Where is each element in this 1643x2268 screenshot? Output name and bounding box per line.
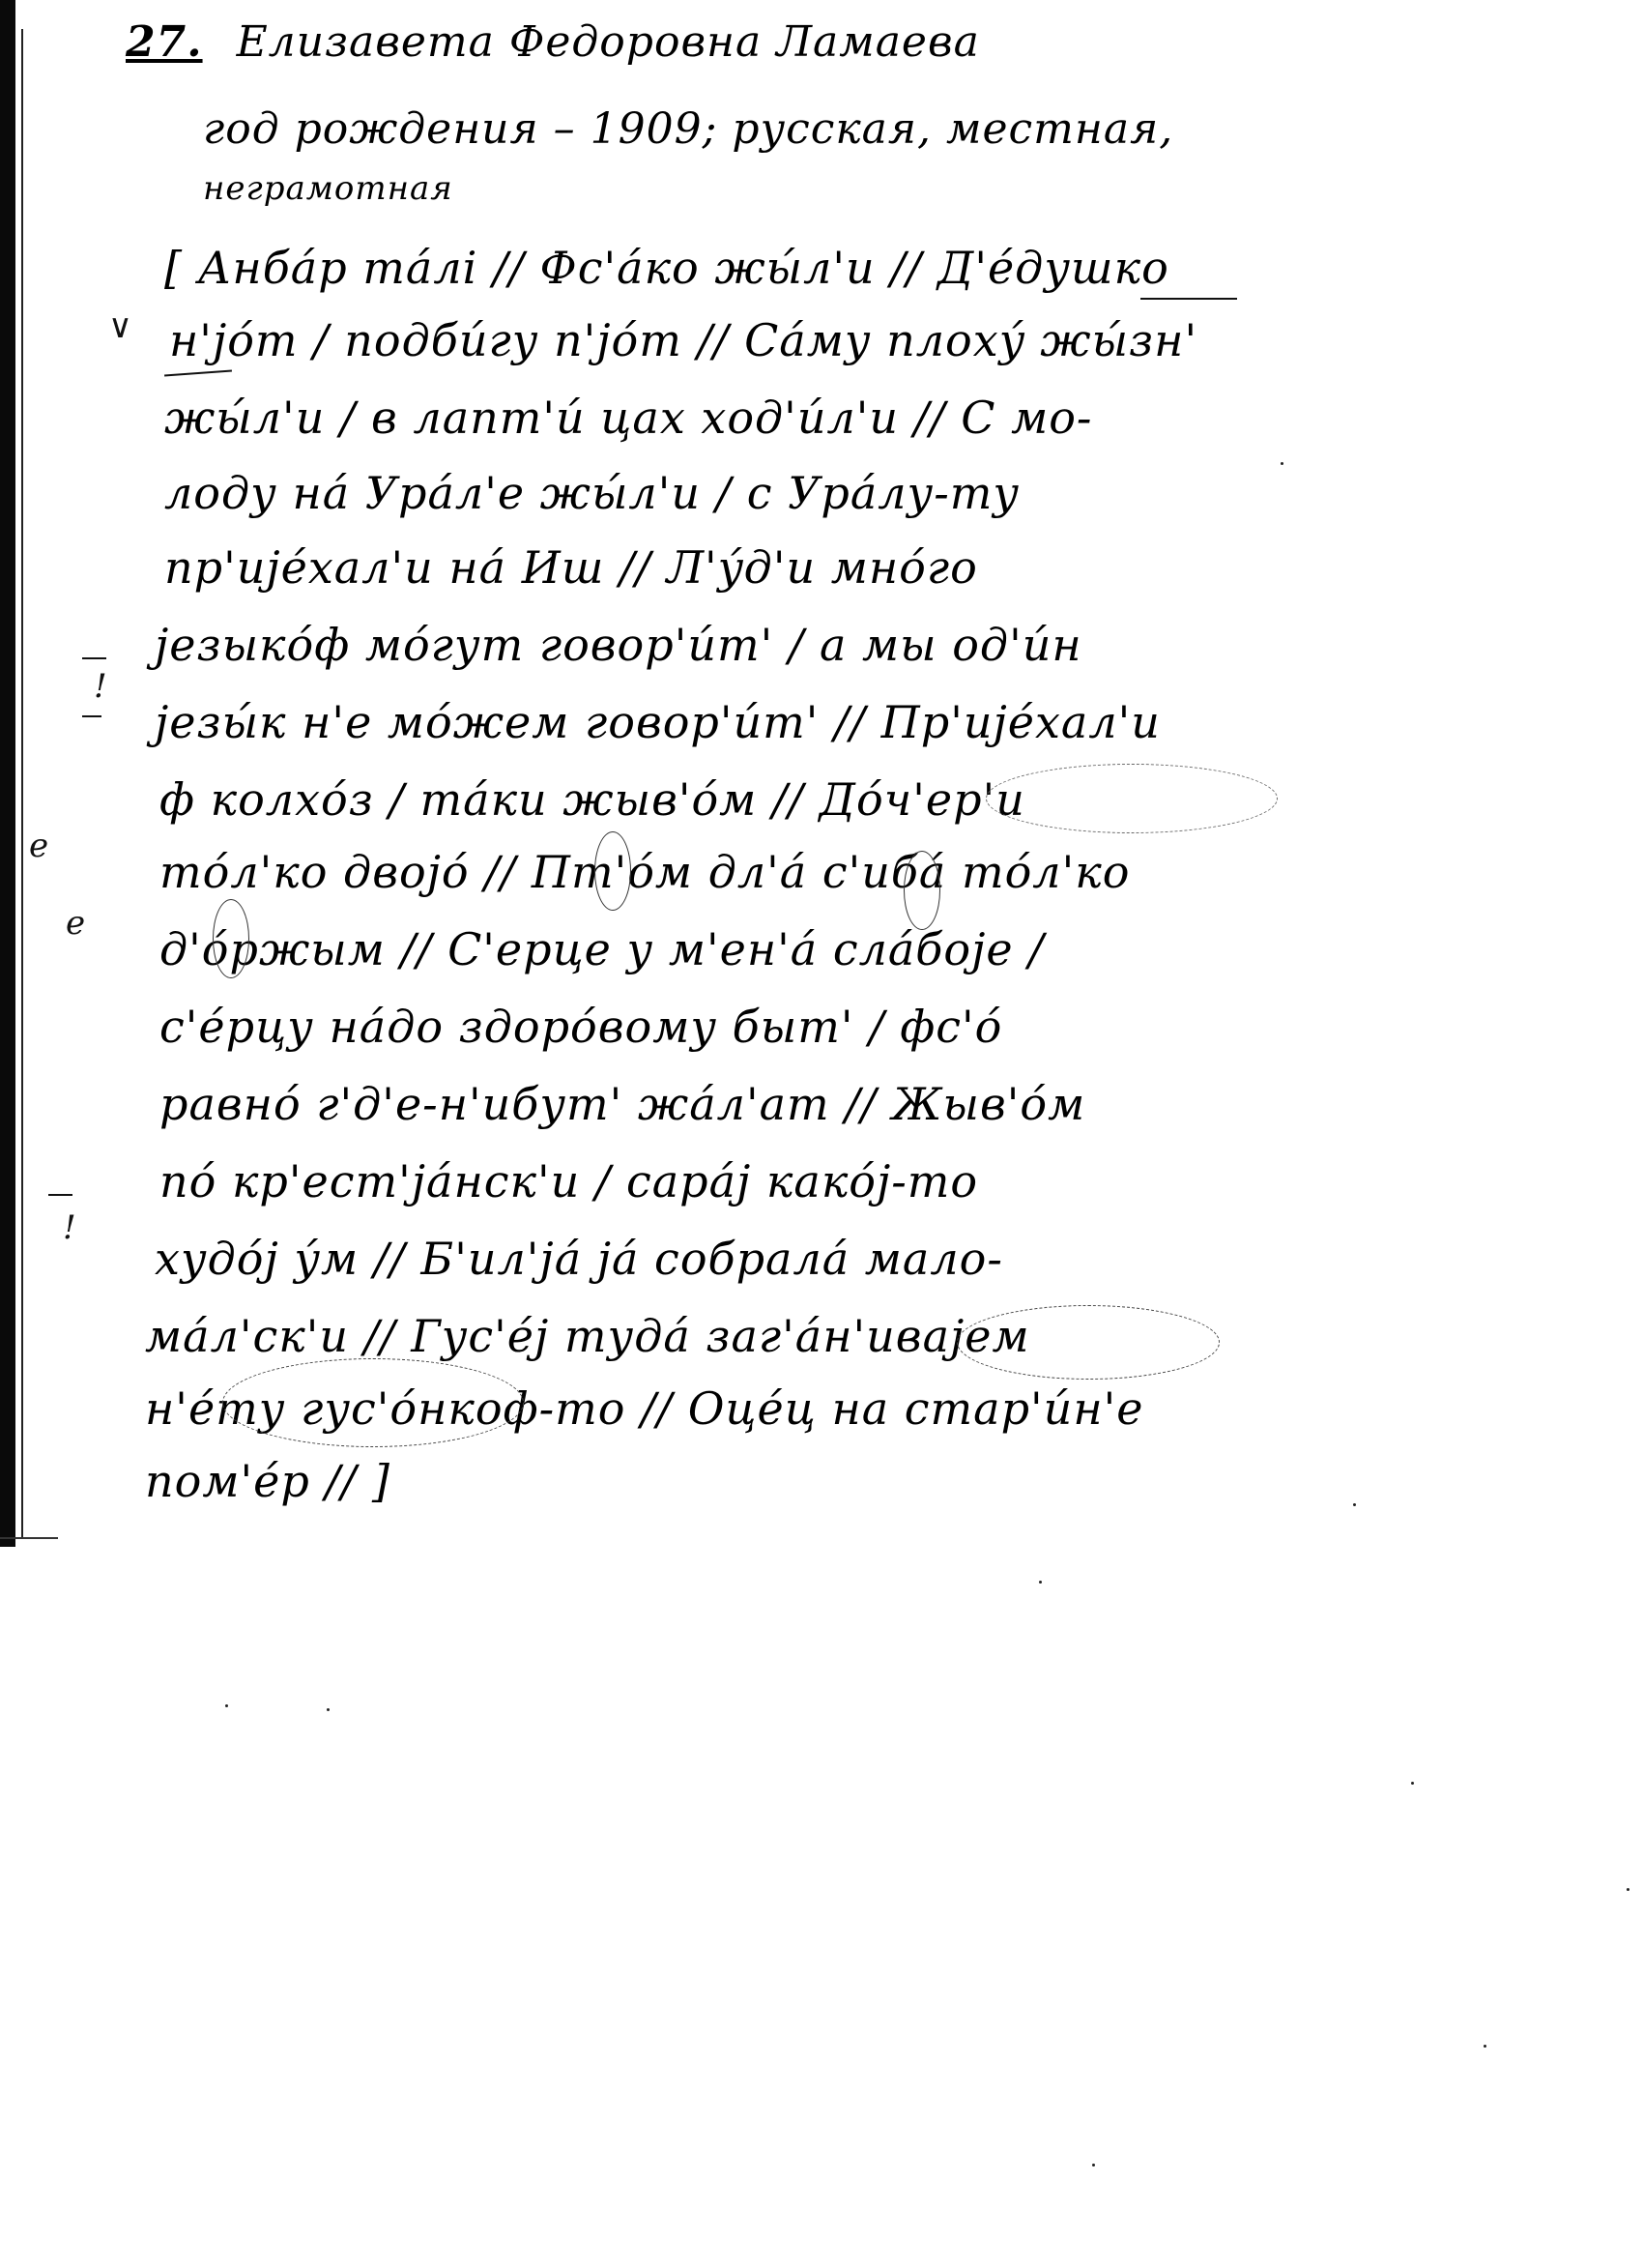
transcript-line-10: д'óржым // С'ерце у м'ен'á слáбоjе / [159, 923, 1045, 975]
underline-dedushko [1140, 298, 1237, 300]
circle-letter-i [904, 851, 940, 930]
transcript-line-17: пом'éр // ] [145, 1455, 390, 1507]
transcript-line-13: пó кр'ест'jáнск'и / сарáj какój-то [159, 1155, 978, 1207]
margin-dash-2 [82, 715, 101, 717]
margin-dash-3 [48, 1194, 72, 1196]
binding-edge [0, 0, 15, 1547]
transcript-line-5: пр'иjéхал'и нá Иш // Л'ýд'и мнóго [164, 541, 978, 594]
circle-gusonkof [222, 1358, 524, 1447]
underline-njot [164, 370, 232, 377]
binding-inner-line [21, 29, 23, 1537]
binding-foot-line [0, 1537, 58, 1539]
speaker-name: Елизавета Федоровна Ламаева [237, 17, 980, 67]
circle-letter-o-2 [213, 899, 249, 978]
circle-zaganivajem [957, 1305, 1220, 1380]
margin-dash-1 [82, 657, 106, 659]
transcript-line-9: тóл'ко двоjó // Пт'óм дл'á с'ибá тóл'ко [159, 846, 1130, 898]
scan-speck [327, 1708, 330, 1711]
scan-speck [1627, 1888, 1629, 1891]
transcript-line-12: равнó г'д'е-н'ибут' жáл'ат // Жыв'óм [159, 1078, 1085, 1130]
transcript-line-3: жы́л'и / в лапт'ú цах ход'úл'и // С мо- [164, 392, 1092, 444]
scan-speck [1092, 2164, 1095, 2166]
transcript-line-4: лоду нá Урáл'е жы́л'и / с Урáлу-ту [164, 467, 1020, 519]
circle-docheri [986, 764, 1278, 833]
margin-letter-mark-2: е [66, 904, 85, 943]
scan-speck [1353, 1503, 1356, 1506]
scanned-page: 27. Елизавета Федоровна Ламаева год рожд… [0, 0, 1643, 2268]
exclamation-mark-1: ! [94, 667, 107, 706]
transcript-line-11: с'éрцу нáдо здорóвому быт' / фс'ó [159, 1001, 1002, 1053]
margin-letter-mark-1: е [29, 827, 48, 865]
transcript-line-6: jезыкóф мóгут говор'úт' / а мы од'úн [155, 619, 1082, 671]
entry-number: 27. [126, 17, 203, 67]
transcript-line-14: худój у́м // Б'ил'já já собралá мало- [155, 1233, 1003, 1285]
scan-speck [225, 1704, 228, 1707]
checkmark-icon: ∨ [108, 307, 132, 346]
speaker-literacy: неграмотная [203, 169, 453, 208]
exclamation-mark-2: ! [63, 1208, 76, 1247]
transcript-line-8: ф колхóз / тáки жыв'óм // Дóч'ер'и [159, 773, 1025, 826]
scan-speck [1411, 1782, 1414, 1785]
entry-header: 27. Елизавета Федоровна Ламаева [126, 17, 980, 67]
scan-speck [1484, 2045, 1486, 2048]
transcript-line-1: [ Анбáр тáлі // Фс'áко жы́л'и // Д'éдушк… [164, 242, 1169, 294]
transcript-line-7: jезы́к н'е мóжем говор'úт' // Пр'иjéхал'… [155, 696, 1161, 748]
circle-letter-o [594, 831, 631, 911]
transcript-line-2: н'jóт / подбúгу п'jóт // Сáму плохý жы́з… [169, 314, 1197, 366]
transcript-line-15: мáл'ск'и // Гус'éj тудá заг'áн'иваjем [145, 1310, 1030, 1362]
scan-speck [1281, 462, 1283, 465]
scan-speck [1039, 1581, 1042, 1584]
speaker-info: год рождения – 1909; русская, местная, [203, 104, 1173, 154]
